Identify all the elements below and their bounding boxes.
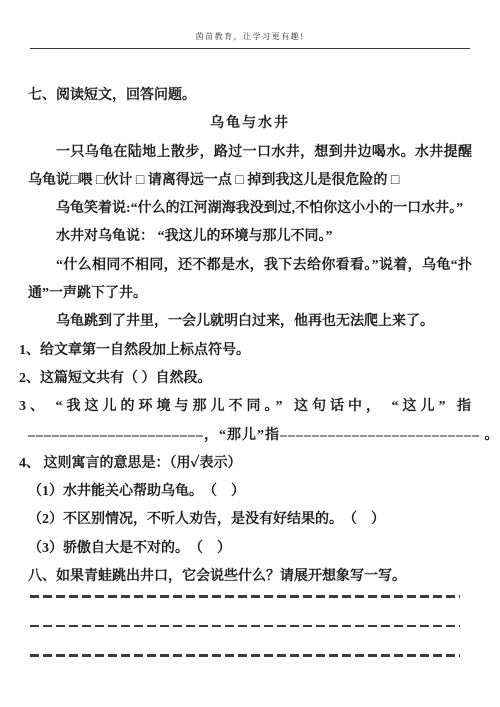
- header-divider: [30, 48, 470, 49]
- question-4-option-2: （2）不区别情况，不听人劝告，是没有好结果的。 （ ）: [28, 506, 472, 534]
- passage-paragraph-1: 一只乌龟在陆地上散步，路过一口水井，想到井边喝水。水井提醒乌龟说□喂 □伙计 □…: [28, 139, 472, 196]
- worksheet-body: 七、阅读短文，回答问题。 乌龟与水井 一只乌龟在陆地上散步，路过一口水井，想到井…: [28, 82, 472, 657]
- question-3-line1: 3、 “我这儿的环境与那儿不同。” 这句话中， “这儿” 指: [19, 393, 472, 421]
- worksheet-page: 茵苗教育，让学习更有趣! 七、阅读短文，回答问题。 乌龟与水井 一只乌龟在陆地上…: [0, 0, 500, 707]
- section7-heading: 七、阅读短文，回答问题。: [28, 82, 472, 110]
- question-3-line2: ––––––––––––––––––––––，“那儿”指––––––––––––…: [28, 422, 472, 450]
- passage-paragraph-2: 乌龟笑着说:“什么的江河湖海我没到过,不怕你这小小的一口水井。”: [28, 195, 472, 223]
- question-4-option-3: （3）骄傲自大是不对的。 （ ）: [28, 535, 472, 563]
- passage-paragraph-5: 乌龟跳到了井里，一会儿就明白过来，他再也无法爬上来了。: [28, 308, 472, 336]
- answer-line: [30, 595, 460, 598]
- passage-paragraph-3: 水井对乌龟说： “我这儿的环境与那儿不同。”: [28, 223, 472, 251]
- question-2: 2、这篇短文共有（ ）自然段。: [19, 365, 472, 393]
- passage-paragraph-4: “什么相同不相同，还不都是水，我下去给你看看。”说着，乌龟“扑通”一声跳下了井。: [28, 252, 472, 309]
- question-1: 1、给文章第一自然段加上标点符号。: [19, 337, 472, 365]
- page-header: 茵苗教育，让学习更有趣!: [0, 0, 500, 49]
- passage-title: 乌龟与水井: [28, 110, 472, 138]
- answer-line: [30, 654, 460, 657]
- answer-line: [30, 625, 460, 628]
- section8-heading: 八、如果青蛙跳出井口，它会说些什么？请展开想象写一写。: [28, 563, 472, 591]
- question-4-option-1: （1）水井能关心帮助乌龟。 （ ）: [28, 478, 472, 506]
- header-slogan: 茵苗教育，让学习更有趣!: [0, 31, 500, 42]
- question-4: 4、 这则寓言的意思是：（用✓表示）: [19, 450, 472, 478]
